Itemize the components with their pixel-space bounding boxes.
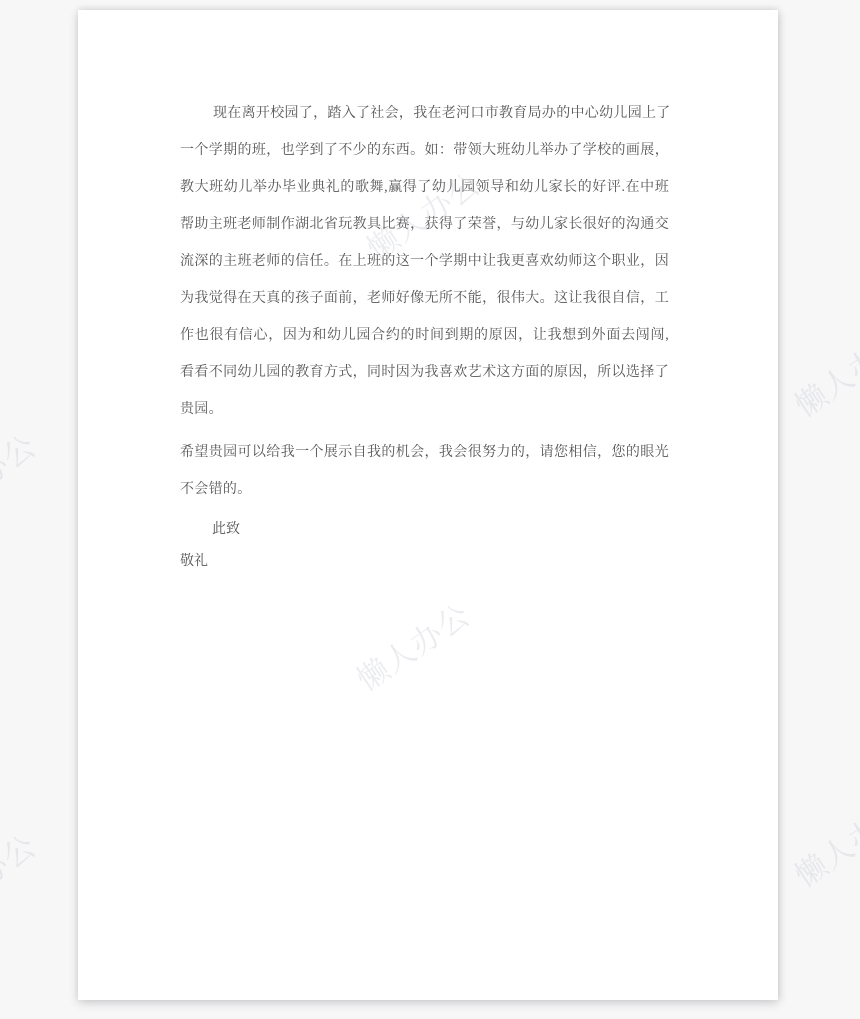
watermark: 懒人办公 [0,422,44,531]
closing-regards: 敬礼 [180,546,669,578]
paragraph-line: 希望贵园可以给我一个展示自我的机会，我会很努力的，请您相信，您的眼光 [180,434,669,471]
paragraph-line: 看看不同幼儿园的教育方式，同时因为我喜欢艺术这方面的原因，所以选择了 [180,354,669,391]
paragraph-line: 教大班幼儿举办毕业典礼的歌舞,赢得了幼儿园领导和幼儿家长的好评.在中班 [180,169,669,206]
letter-body: 现在离开校园了，踏入了社会，我在老河口市教育局办的中心幼儿园上了 一个学期的班，… [180,95,669,578]
paragraph-line: 现在离开校园了，踏入了社会，我在老河口市教育局办的中心幼儿园上了 [180,95,669,132]
closing-salute: 此致 [180,514,669,546]
watermark: 懒人办公 [784,317,860,426]
paragraph-line: 流深的主班老师的信任。在上班的这一个学期中让我更喜欢幼师这个职业，因 [180,243,669,280]
watermark: 懒人办公 [0,822,44,931]
paragraph-line: 不会错的。 [180,471,669,508]
watermark: 懒人办公 [784,787,860,896]
paragraph-line: 一个学期的班，也学到了不少的东西。如：带领大班幼儿举办了学校的画展， [180,132,669,169]
paragraph-line: 为我觉得在天真的孩子面前，老师好像无所不能，很伟大。这让我很自信，工 [180,280,669,317]
paragraph-line: 贵园。 [180,391,669,428]
paragraph-line: 帮助主班老师制作湖北省玩教具比赛，获得了荣誉，与幼儿家长很好的沟通交 [180,206,669,243]
document-page: 现在离开校园了，踏入了社会，我在老河口市教育局办的中心幼儿园上了 一个学期的班，… [78,10,778,1000]
paragraph-line: 作也很有信心，因为和幼儿园合约的时间到期的原因，让我想到外面去闯闯, [180,317,669,354]
screenshot-canvas: { "document": { "paragraph1": { "lines":… [0,0,860,1019]
